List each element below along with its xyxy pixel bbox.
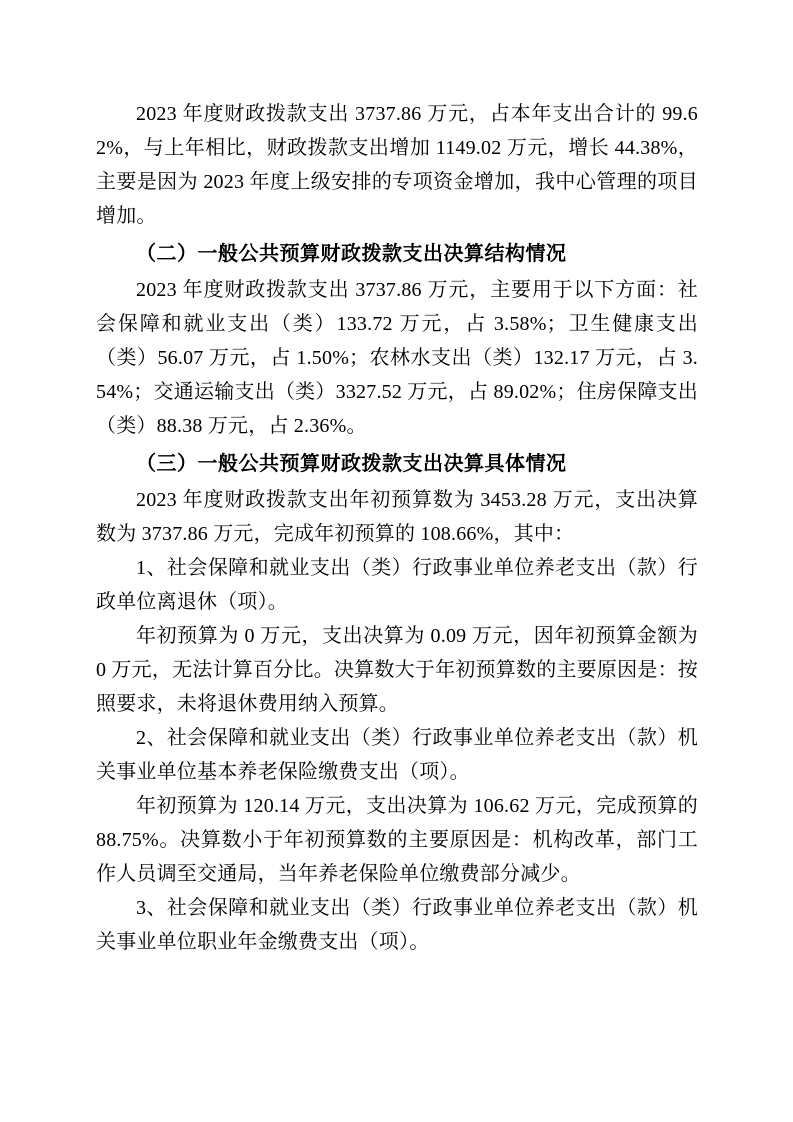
- body-paragraph-item-1-title: 1、社会保障和就业支出（类）行政事业单位养老支出（款）行政单位离退休（项）。: [96, 551, 698, 619]
- section-heading-3-expenditure-specifics: （三）一般公共预算财政拨款支出决算具体情况: [96, 447, 698, 481]
- body-paragraph-item-3-title: 3、社会保障和就业支出（类）行政事业单位养老支出（款）机关事业单位职业年金缴费支…: [96, 891, 698, 959]
- body-paragraph-fiscal-expenditure-overview: 2023 年度财政拨款支出 3737.86 万元，占本年支出合计的 99.62%…: [96, 97, 698, 233]
- body-paragraph-item-2-title: 2、社会保障和就业支出（类）行政事业单位养老支出（款）机关事业单位基本养老保险缴…: [96, 721, 698, 789]
- body-paragraph-budget-vs-final: 2023 年度财政拨款支出年初预算数为 3453.28 万元，支出决算数为 37…: [96, 483, 698, 551]
- body-paragraph-expenditure-structure-detail: 2023 年度财政拨款支出 3737.86 万元，主要用于以下方面：社会保障和就…: [96, 273, 698, 443]
- section-heading-2-expenditure-structure: （二）一般公共预算财政拨款支出决算结构情况: [96, 237, 698, 271]
- body-paragraph-item-1-detail: 年初预算为 0 万元，支出决算为 0.09 万元，因年初预算金额为 0 万元，无…: [96, 619, 698, 721]
- body-paragraph-item-2-detail: 年初预算为 120.14 万元，支出决算为 106.62 万元，完成预算的 88…: [96, 789, 698, 891]
- document-page: 2023 年度财政拨款支出 3737.86 万元，占本年支出合计的 99.62%…: [0, 0, 793, 1122]
